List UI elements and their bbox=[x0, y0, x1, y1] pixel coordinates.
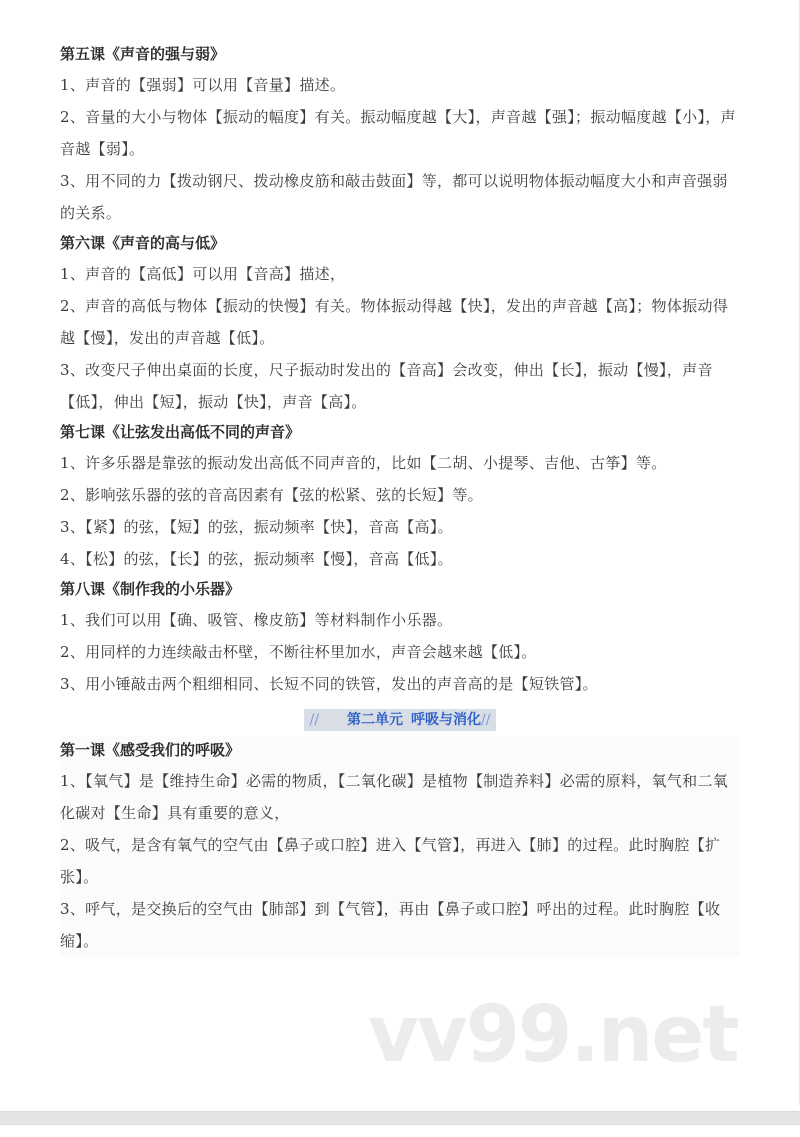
lesson-paragraph: 2、音量的大小与物体【振动的幅度】有关。振动幅度越【大】，声音越【强】；振动幅度… bbox=[60, 101, 740, 165]
unit-header-slashes-right: // bbox=[481, 712, 490, 728]
unit-header-row: //第二单元呼吸与消化// bbox=[60, 704, 740, 734]
page-content: 第五课《声音的强与弱》 1、声音的【强弱】可以用【音量】描述。 2、音量的大小与… bbox=[60, 40, 740, 957]
lesson-title: 第一课《感受我们的呼吸》 bbox=[60, 736, 740, 765]
unit-label: 第二单元 bbox=[347, 712, 403, 728]
lesson-paragraph: 2、声音的高低与物体【振动的快慢】有关。物体振动得越【快】，发出的声音越【高】；… bbox=[60, 290, 740, 354]
lesson-title: 第八课《制作我的小乐器》 bbox=[60, 575, 740, 604]
unit-header-slashes-left: // bbox=[310, 712, 319, 728]
lesson-paragraph: 3、【紧】的弦，【短】的弦，振动频率【快】，音高【高】。 bbox=[60, 511, 740, 543]
lesson-paragraph: 2、用同样的力连续敲击杯壁，不断往杯里加水，声音会越来越【低】。 bbox=[60, 636, 740, 668]
unit2-lesson-1: 第一课《感受我们的呼吸》 1、【氧气】是【维持生命】必需的物质，【二氧化碳】是植… bbox=[60, 736, 740, 957]
lesson-paragraph: 1、声音的【高低】可以用【音高】描述， bbox=[60, 258, 740, 290]
unit-name: 呼吸与消化 bbox=[411, 712, 481, 728]
lesson-paragraph: 3、改变尺子伸出桌面的长度，尺子振动时发出的【音高】会改变，伸出【长】，振动【慢… bbox=[60, 354, 740, 418]
lesson-paragraph: 3、用小锤敲击两个粗细相同、长短不同的铁管，发出的声音高的是【短铁管】。 bbox=[60, 668, 740, 700]
lesson-6: 第六课《声音的高与低》 1、声音的【高低】可以用【音高】描述， 2、声音的高低与… bbox=[60, 229, 740, 418]
lesson-paragraph: 3、呼气，是交换后的空气由【肺部】到【气管】，再由【鼻子或口腔】呼出的过程。此时… bbox=[60, 893, 740, 957]
lesson-paragraph: 2、吸气，是含有氧气的空气由【鼻子或口腔】进入【气管】，再进入【肺】的过程。此时… bbox=[60, 829, 740, 893]
lesson-paragraph: 1、我们可以用【确、吸管、橡皮筋】等材料制作小乐器。 bbox=[60, 604, 740, 636]
lesson-paragraph: 3、用不同的力【拨动钢尺、拨动橡皮筋和敲击鼓面】等，都可以说明物体振动幅度大小和… bbox=[60, 165, 740, 229]
lesson-paragraph: 4、【松】的弦，【长】的弦，振动频率【慢】，音高【低】。 bbox=[60, 543, 740, 575]
lesson-title: 第五课《声音的强与弱》 bbox=[60, 40, 740, 69]
next-page-edge bbox=[0, 1125, 800, 1137]
lesson-5: 第五课《声音的强与弱》 1、声音的【强弱】可以用【音量】描述。 2、音量的大小与… bbox=[60, 40, 740, 229]
lesson-paragraph: 1、【氧气】是【维持生命】必需的物质，【二氧化碳】是植物【制造养料】必需的原料，… bbox=[60, 765, 740, 829]
lesson-paragraph: 1、许多乐器是靠弦的振动发出高低不同声音的，比如【二胡、小提琴、吉他、古筝】等。 bbox=[60, 447, 740, 479]
unit-header: //第二单元呼吸与消化// bbox=[304, 709, 497, 731]
document-page: 第五课《声音的强与弱》 1、声音的【强弱】可以用【音量】描述。 2、音量的大小与… bbox=[0, 0, 800, 1105]
watermark: vv99.net bbox=[368, 996, 738, 1074]
lesson-title: 第七课《让弦发出高低不同的声音》 bbox=[60, 418, 740, 447]
lesson-7: 第七课《让弦发出高低不同的声音》 1、许多乐器是靠弦的振动发出高低不同声音的，比… bbox=[60, 418, 740, 575]
page-separator bbox=[0, 1111, 800, 1125]
lesson-8: 第八课《制作我的小乐器》 1、我们可以用【确、吸管、橡皮筋】等材料制作小乐器。 … bbox=[60, 575, 740, 700]
lesson-title: 第六课《声音的高与低》 bbox=[60, 229, 740, 258]
lesson-paragraph: 2、影响弦乐器的弦的音高因素有【弦的松紧、弦的长短】等。 bbox=[60, 479, 740, 511]
lesson-paragraph: 1、声音的【强弱】可以用【音量】描述。 bbox=[60, 69, 740, 101]
